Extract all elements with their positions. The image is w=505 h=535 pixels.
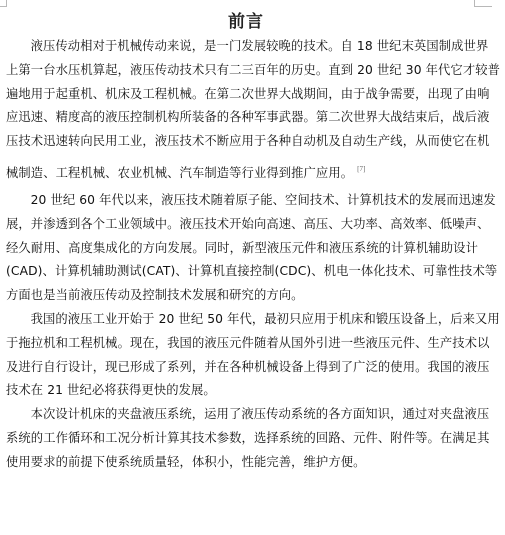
text-line: 展，并渗透到各个工业领域中。液压技术开始向高速、高压、大功率、高效率、低噪声、 [6, 213, 478, 237]
citation-reference[interactable]: [7] [357, 165, 365, 173]
text-line: 20 世纪 60 年代以来，液压技术随着原子能、空间技术、计算机技术的发展而迅速… [6, 189, 478, 213]
text-line: 于拖拉机和工程机械。现在，我国的液压元件随着从国外引进一些液压元件、生产技术以 [6, 332, 478, 356]
text-line: 上第一台水压机算起，液压传动技术只有二三百年的历史。直到 20 世纪 30 年代… [6, 59, 478, 83]
text-line: 械制造、工程机械、农业机械、汽车制造等行业得到推广应用。 [6, 166, 353, 180]
text-line: 系统的工作循环和工况分析计算其技术参数，选择系统的回路、元件、附件等。在满足其 [6, 427, 478, 451]
page-title: 前言 [6, 10, 478, 34]
paragraph-development: 20 世纪 60 年代以来，液压技术随着原子能、空间技术、计算机技术的发展而迅速… [6, 189, 478, 308]
document-page: 前言 液压传动相对于机械传动来说，是一门发展较晚的技术。自 18 世纪末英国制成… [6, 10, 478, 475]
text-line-with-citation: 械制造、工程机械、农业机械、汽车制造等行业得到推广应用。[7] [6, 154, 478, 189]
text-line: 液压传动相对于机械传动来说，是一门发展较晚的技术。自 18 世纪末英国制成世界 [6, 35, 478, 59]
text-line: 经久耐用、高度集成化的方向发展。同时，新型液压元件和液压系统的计算机辅助设计 [6, 237, 478, 261]
paragraph-china-industry: 我国的液压工业开始于 20 世纪 50 年代，最初只应用于机床和锻压设备上，后来… [6, 308, 478, 403]
paragraph-design-summary: 本次设计机床的夹盘液压系统，运用了液压传动系统的各方面知识，通过对夹盘液压 系统… [6, 403, 478, 474]
page-corner-mark-right [474, 0, 492, 7]
text-line: (CAD)、计算机辅助测试(CAT)、计算机直接控制(CDC)、机电一体化技术、… [6, 260, 478, 284]
text-line: 应迅速、精度高的液压控制机构所装备的各种军事武器。第二次世界大战结束后，战后液 [6, 106, 478, 130]
text-line: 及进行自行设计，现已形成了系列，并在各种机械设备上得到了广泛的使用。我国的液压 [6, 356, 478, 380]
page-corner-mark-left [0, 0, 7, 7]
text-line: 方面也是当前液压传动及控制技术发展和研究的方向。 [6, 284, 478, 308]
paragraph-history: 液压传动相对于机械传动来说，是一门发展较晚的技术。自 18 世纪末英国制成世界 … [6, 35, 478, 189]
text-line: 本次设计机床的夹盘液压系统，运用了液压传动系统的各方面知识，通过对夹盘液压 [6, 403, 478, 427]
text-line: 遍地用于起重机、机床及工程机械。在第二次世界大战期间，由于战争需要，出现了由响 [6, 83, 478, 107]
text-line: 压技术迅速转向民用工业，液压技术不断应用于各种自动机及自动生产线，从而使它在机 [6, 130, 478, 154]
text-line: 使用要求的前提下使系统质量轻，体积小，性能完善，维护方便。 [6, 451, 478, 475]
text-line: 我国的液压工业开始于 20 世纪 50 年代，最初只应用于机床和锻压设备上，后来… [6, 308, 478, 332]
text-line: 技术在 21 世纪必将获得更快的发展。 [6, 379, 478, 403]
